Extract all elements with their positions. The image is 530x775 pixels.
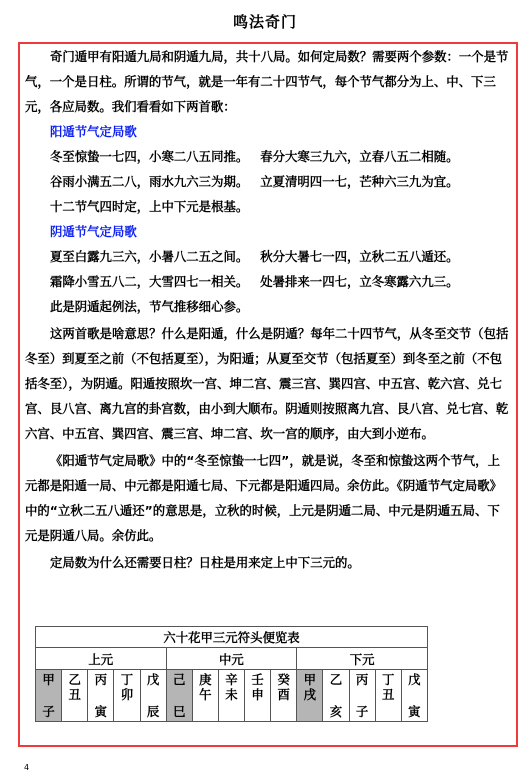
group-header-lower: 下元	[297, 648, 428, 670]
branch-text: 巳	[167, 704, 192, 719]
table-title: 六十花甲三元符头便览表	[36, 627, 428, 648]
verse: 秋分大暑七一四，立秋二五八遁还。	[260, 249, 458, 264]
ganzhi-cell: 戊寅	[401, 670, 427, 722]
ganzhi-cell: 壬申	[245, 670, 271, 722]
stem-text: 戊	[402, 670, 427, 687]
ganzhi-cell: 甲子	[36, 670, 62, 722]
branch-text: 子	[36, 704, 61, 719]
page-title: 鸣法奇门	[0, 11, 530, 32]
yang-song-title: 阳遁节气定局歌	[25, 119, 509, 144]
stem-text: 庚午	[193, 670, 218, 702]
yang-song-line: 冬至惊蛰一七四，小寒二八五同推。春分大寒三九六，立春八五二相随。	[25, 144, 509, 169]
verse: 处暑排来一四七，立冬寒露六九三。	[260, 274, 458, 289]
verse: 立夏清明四一七，芒种六三九为宜。	[260, 174, 458, 189]
stem-text: 壬申	[245, 670, 270, 702]
ganzhi-cell: 乙亥	[323, 670, 349, 722]
yang-song-line: 谷雨小满五二八，雨水九六三为期。立夏清明四一七，芒种六三九为宜。	[25, 169, 509, 194]
yin-song-line: 夏至白露九三六，小暑八二五之间。秋分大暑七一四，立秋二五八遁还。	[25, 244, 509, 269]
verse: 夏至白露九三六，小暑八二五之间。	[50, 249, 248, 264]
stem-text: 辛未	[219, 670, 244, 702]
branch-text: 寅	[88, 704, 113, 719]
ganzhi-cell: 戊辰	[140, 670, 166, 722]
group-header-upper: 上元	[36, 648, 167, 670]
verse: 春分大寒三九六，立春八五二相随。	[260, 149, 458, 164]
ganzhi-cell: 庚午	[192, 670, 218, 722]
main-content: 奇门遁甲有阳遁九局和阴遁九局，共十八局。如何定局数？需要两个参数：一个是节气，一…	[25, 44, 509, 575]
stem-text: 己	[167, 670, 192, 687]
ganzhi-cell: 丁卯	[114, 670, 140, 722]
yang-song-line: 十二节气四时定，上中下元是根基。	[25, 194, 509, 219]
verse: 此是阴遁起例法，节气推移细心参。	[50, 299, 248, 314]
stem-text: 丁丑	[376, 670, 401, 702]
stem-text: 乙	[323, 670, 348, 687]
page-number: 4	[24, 763, 29, 772]
stem-text: 丙	[88, 670, 113, 687]
stem-text: 癸酉	[271, 670, 296, 702]
sexagenary-reference-table: 六十花甲三元符头便览表 上元 中元 下元 甲子乙丑丙寅丁卯戊辰己巳庚午辛未壬申癸…	[35, 626, 428, 722]
verse: 十二节气四时定，上中下元是根基。	[50, 199, 248, 214]
branch-text: 寅	[402, 704, 427, 719]
stem-text: 甲	[36, 670, 61, 687]
intro-paragraph: 奇门遁甲有阳遁九局和阴遁九局，共十八局。如何定局数？需要两个参数：一个是节气，一…	[25, 44, 509, 119]
stem-text: 甲戌	[297, 670, 322, 702]
table-row: 甲子乙丑丙寅丁卯戊辰己巳庚午辛未壬申癸酉甲戌乙亥丙子丁丑戊寅	[36, 670, 428, 722]
ganzhi-cell: 甲戌	[297, 670, 323, 722]
ganzhi-cell: 己巳	[166, 670, 192, 722]
verse: 冬至惊蛰一七四，小寒二八五同推。	[50, 149, 248, 164]
branch-text: 子	[350, 704, 375, 719]
explanation-paragraph-2: 《阳遁节气定局歌》中的“冬至惊蛰一七四”，就是说，冬至和惊蛰这两个节气，上元都是…	[25, 448, 509, 548]
stem-text: 丁卯	[114, 670, 139, 702]
explanation-paragraph-1: 这两首歌是啥意思？什么是阳遁，什么是阴遁？每年二十四节气，从冬至交节（包括冬至）…	[25, 321, 509, 446]
stem-text: 乙丑	[62, 670, 87, 702]
ganzhi-cell: 丁丑	[375, 670, 401, 722]
verse: 霜降小雪五八二，大雪四七一相关。	[50, 274, 248, 289]
yin-song-title: 阴遁节气定局歌	[25, 219, 509, 244]
ganzhi-cell: 辛未	[218, 670, 244, 722]
ganzhi-cell: 癸酉	[271, 670, 297, 722]
yin-song-line: 此是阴遁起例法，节气推移细心参。	[25, 294, 509, 319]
stem-text: 戊	[141, 670, 166, 687]
yin-song-line: 霜降小雪五八二，大雪四七一相关。处暑排来一四七，立冬寒露六九三。	[25, 269, 509, 294]
stem-text: 丙	[350, 670, 375, 687]
group-header-middle: 中元	[166, 648, 297, 670]
ganzhi-cell: 乙丑	[62, 670, 88, 722]
ganzhi-cell: 丙子	[349, 670, 375, 722]
ganzhi-cell: 丙寅	[88, 670, 114, 722]
branch-text: 亥	[323, 704, 348, 719]
branch-text: 辰	[141, 704, 166, 719]
explanation-paragraph-3: 定局数为什么还需要日柱？日柱是用来定上中下三元的。	[25, 550, 509, 575]
verse: 谷雨小满五二八，雨水九六三为期。	[50, 174, 248, 189]
